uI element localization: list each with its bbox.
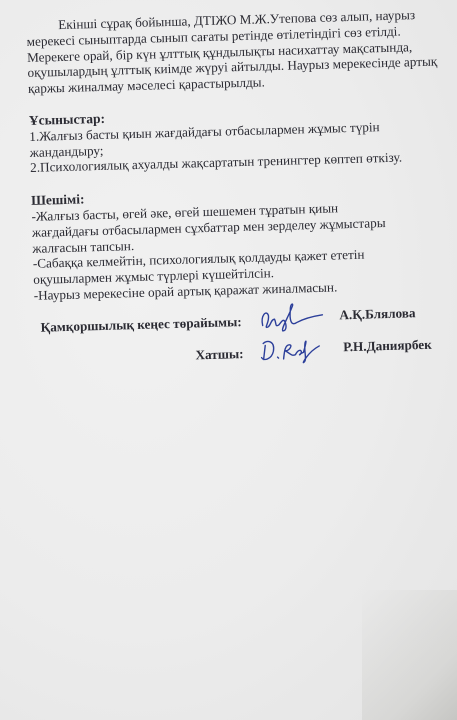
proposals-section: Ұсыныстар: 1.Жалғыз басты қиын жағдайдағ…	[29, 101, 449, 176]
chair-name: А.Қ.Блялова	[339, 305, 416, 323]
decision-section: Шешімі: -Жалғыз басты, өгей әке, өгей ше…	[31, 181, 452, 303]
intro-paragraph: Екінші сұрақ бойынша, ДТІЖО М.Ж.Утепова …	[26, 6, 446, 97]
secretary-name: Р.Н.Даниярбек	[343, 337, 432, 355]
scanned-document-page: Екінші сұрақ бойынша, ДТІЖО М.Ж.Утепова …	[0, 0, 457, 720]
chair-role-label: Қамқоршылық кеңес төрайымы:	[40, 314, 242, 336]
secretary-signature-icon	[257, 331, 328, 371]
signatures-block: Қамқоршылық кеңес төрайымы: А.Қ.Блялова …	[34, 302, 454, 374]
page-shadow	[362, 590, 457, 720]
document-body: Екінші сұрақ бойынша, ДТІЖО М.Ж.Утепова …	[26, 6, 454, 373]
signature-row-secretary: Хатшы: Р.Н.Даниярбек	[35, 334, 454, 374]
secretary-role-label: Хатшы:	[195, 346, 244, 363]
